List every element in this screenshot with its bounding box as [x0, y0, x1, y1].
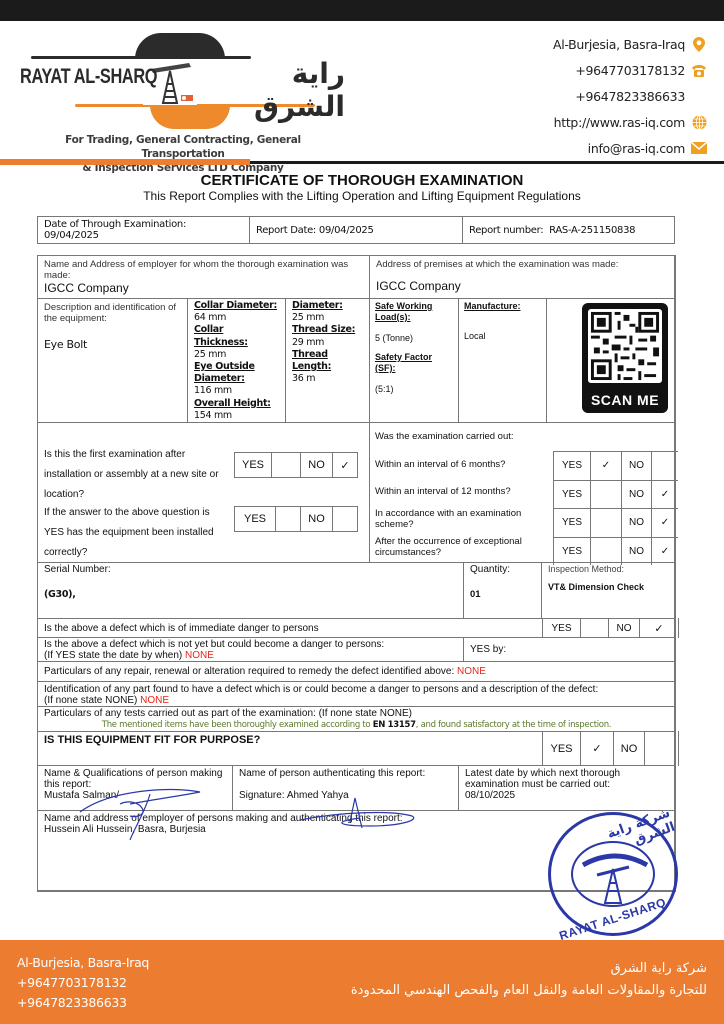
fit-for-purpose-row: IS THIS EQUIPMENT FIT FOR PURPOSE? YES ✓…: [37, 731, 676, 766]
yes-checkbox[interactable]: [591, 481, 622, 509]
collar-thickness-value: 25 mm: [194, 349, 279, 361]
interval-answer-row: YESNO✓: [554, 480, 678, 509]
tests-row: Particulars of any tests carried out as …: [37, 706, 676, 732]
inspection-method-value: VT& Dimension Check: [548, 582, 669, 592]
part-defect-value: NONE: [140, 695, 169, 706]
report-date-value: 09/04/2025: [319, 225, 374, 236]
future-danger-question: Is the above a defect which is not yet b…: [44, 639, 457, 650]
no-checkbox[interactable]: [652, 452, 678, 480]
equipment-label: Description and identification of the eq…: [44, 302, 181, 324]
equipment-value: Eye Bolt: [44, 338, 181, 351]
header-divider-dark: [250, 161, 724, 164]
signature-mustafa: [60, 782, 220, 842]
overall-height-label: Overall Height:: [194, 398, 279, 410]
next-exam-label: Latest date by which next thorough exami…: [465, 768, 669, 790]
tagline-line: For Trading, General Contracting, Genera…: [33, 133, 333, 161]
immediate-danger-row: Is the above a defect which is of immedi…: [37, 618, 676, 638]
letterhead: RAYAT AL-SHARQ راية الشرق For Trading, G…: [0, 21, 724, 161]
repair-question: Particulars of any repair, renewal or al…: [44, 666, 454, 677]
no-label: NO: [609, 618, 640, 638]
logo-text-en: RAYAT AL-SHARQ: [20, 65, 157, 89]
yes-label: YES: [235, 453, 272, 477]
tests-result: The mentioned items have been thoroughly…: [44, 720, 669, 731]
tests-question: Particulars of any tests carried out as …: [44, 708, 669, 719]
future-danger-cell: Is the above a defect which is not yet b…: [37, 637, 464, 662]
yes-checkbox[interactable]: [581, 618, 609, 638]
yes-checkbox[interactable]: [272, 453, 301, 477]
no-checkbox[interactable]: ✓: [652, 538, 678, 566]
exam-date-label: Date of Through Examination:: [44, 219, 186, 230]
company-logo: RAYAT AL-SHARQ راية الشرق For Trading, G…: [15, 29, 345, 129]
contact-phone-2[interactable]: +9647823386633: [553, 83, 707, 109]
yes-label: YES: [554, 481, 591, 509]
examination-interval-cell: Was the examination carried out: Within …: [369, 422, 676, 563]
no-label: NO: [622, 538, 652, 566]
location-pin-icon: [691, 36, 707, 52]
contact-list: Al-Burjesia, Basra-Iraq +9647703178132 +…: [553, 31, 707, 161]
interval-answer-grid: YES✓NOYESNO✓YESNO✓YESNO✓: [553, 451, 678, 565]
swl-cell: Safe Working Load(s): 5 (Tonne) Safety F…: [369, 298, 459, 423]
report-number-cell: Report number: RAS-A-251150838: [463, 217, 675, 244]
yes-checkbox[interactable]: ✓: [581, 731, 614, 766]
yes-checkbox[interactable]: [591, 509, 622, 537]
scheme-question: In accordance with an examination scheme…: [375, 508, 545, 530]
interval-answer-row: YESNO✓: [554, 508, 678, 537]
diameter-label: Diameter:: [292, 300, 363, 312]
no-label: NO: [614, 731, 645, 766]
qr-pattern-icon: [588, 309, 662, 383]
eye-outside-diameter-label: Eye Outside Diameter:: [194, 361, 279, 385]
authenticator-label: Name of person authenticating this repor…: [239, 768, 452, 779]
installation-questions-cell: Is this the first examination after inst…: [37, 422, 370, 563]
safety-factor-label: Safety Factor (SF):: [375, 352, 453, 374]
footer-company-desc-ar: للتجارة والمقاولات العامة والنقل العام و…: [351, 980, 707, 1002]
thread-size-label: Thread Size:: [292, 324, 363, 336]
collar-diameter-label: Collar Diameter:: [194, 300, 279, 312]
contact-website[interactable]: http://www.ras-iq.com: [553, 109, 707, 135]
part-defect-row: Identification of any part found to have…: [37, 681, 676, 707]
next-exam-cell: Latest date by which next thorough exami…: [458, 765, 676, 811]
footer-company-ar: شركة راية الشرق للتجارة والمقاولات العام…: [351, 958, 707, 1002]
yes-label: YES: [235, 507, 276, 531]
stamp-emblem: [571, 841, 655, 907]
immediate-danger-answer: YES NO ✓: [542, 618, 679, 638]
footer-address: Al-Burjesia, Basra-Iraq: [17, 953, 149, 973]
quantity-label: Quantity:: [470, 564, 535, 575]
footer-contacts: Al-Burjesia, Basra-Iraq +9647703178132 +…: [17, 953, 149, 1013]
first-exam-answer: YES NO ✓: [234, 452, 358, 478]
thread-size-value: 29 mm: [292, 337, 363, 349]
equipment-dimensions-2: Diameter: 25 mm Thread Size: 29 mm Threa…: [285, 298, 370, 423]
carried-out-label: Was the examination carried out:: [375, 431, 514, 442]
installed-correctly-answer: YES NO: [234, 506, 358, 532]
diameter-value: 25 mm: [292, 312, 363, 324]
interval-answer-row: YES✓NO: [554, 451, 678, 480]
logo-text-ar: راية الشرق: [215, 57, 345, 123]
no-label: NO: [301, 453, 333, 477]
footer-company-name-ar: شركة راية الشرق: [351, 958, 707, 980]
eye-outside-diameter-value: 116 mm: [194, 385, 279, 397]
no-label: NO: [622, 452, 652, 480]
repair-value: NONE: [457, 666, 486, 677]
next-exam-date: 08/10/2025: [465, 790, 669, 801]
quantity-value: 01: [470, 589, 535, 600]
no-label: NO: [301, 507, 333, 531]
repair-row: Particulars of any repair, renewal or al…: [37, 661, 676, 682]
thread-length-label: Thread Length:: [292, 349, 363, 373]
premises-value: IGCC Company: [376, 279, 669, 293]
oil-rig-icon: [573, 843, 657, 909]
contact-text[interactable]: info@ras-iq.com: [588, 141, 685, 156]
collar-diameter-value: 64 mm: [194, 312, 279, 324]
future-danger-value: NONE: [185, 650, 214, 661]
contact-text[interactable]: +9647703178132: [575, 63, 685, 78]
yes-label: YES: [554, 509, 591, 537]
employer-cell: Name and Address of employer for whom th…: [37, 255, 370, 299]
equipment-description-cell: Description and identification of the eq…: [37, 298, 188, 423]
yes-label: YES: [543, 731, 581, 766]
interval-6-question: Within an interval of 6 months?: [375, 459, 505, 470]
exceptional-question: After the occurrence of exceptional circ…: [375, 536, 545, 558]
interval-answer-row: YESNO✓: [554, 537, 678, 566]
exam-date-cell: Date of Through Examination: 09/04/2025: [38, 217, 250, 244]
report-number-value: RAS-A-251150838: [549, 225, 635, 236]
certificate-subtitle: This Report Complies with the Lifting Op…: [0, 189, 724, 203]
envelope-icon: [691, 140, 707, 156]
report-date-label: Report Date:: [256, 225, 316, 236]
part-defect-hint: (If none state NONE): [44, 695, 137, 706]
qr-code[interactable]: SCAN ME: [582, 303, 668, 413]
dates-bar: Date of Through Examination: 09/04/2025 …: [37, 216, 675, 244]
inspection-method-label: Inspection Method:: [548, 564, 669, 574]
header-divider-orange: [0, 159, 250, 165]
yes-checkbox[interactable]: [591, 538, 622, 566]
serial-cell: Serial Number: (G30),: [37, 562, 464, 619]
premises-label: Address of premises at which the examina…: [376, 259, 669, 270]
globe-icon: [691, 114, 707, 130]
tests-standard: EN 13157: [373, 720, 416, 730]
no-label: NO: [622, 481, 652, 509]
no-checkbox[interactable]: [333, 507, 357, 531]
contact-text[interactable]: +9647823386633: [575, 89, 685, 104]
signature-ahmed: [280, 790, 430, 835]
part-defect-question: Identification of any part found to have…: [44, 684, 669, 695]
swl-value: 5 (Tonne): [375, 333, 453, 344]
tests-result-text: , and found satisfactory at the time of …: [416, 720, 611, 730]
fit-for-purpose-question: IS THIS EQUIPMENT FIT FOR PURPOSE?: [44, 734, 260, 746]
yes-by-label: YES by:: [470, 644, 506, 655]
top-dark-bar: [0, 0, 724, 21]
footer-phone-1[interactable]: +9647703178132: [17, 973, 149, 993]
yes-checkbox[interactable]: [276, 507, 301, 531]
yes-label: YES: [543, 618, 581, 638]
thread-length-value: 36 m: [292, 373, 363, 385]
interval-12-question: Within an interval of 12 months?: [375, 486, 511, 497]
contact-text[interactable]: http://www.ras-iq.com: [554, 115, 685, 130]
first-exam-question: Is this the first examination after inst…: [44, 445, 229, 505]
quantity-cell: Quantity: 01: [463, 562, 542, 619]
future-danger-hint: (If YES state the date by when): [44, 650, 182, 661]
footer-phone-2[interactable]: +9647823386633: [17, 993, 149, 1013]
yes-label: YES: [554, 452, 591, 480]
no-checkbox[interactable]: ✓: [652, 481, 678, 509]
fit-for-purpose-answer: YES ✓ NO: [542, 731, 679, 766]
contact-address: Al-Burjesia, Basra-Iraq: [553, 31, 707, 57]
serial-label: Serial Number:: [44, 564, 457, 575]
qr-code-image: [588, 309, 662, 383]
contact-email[interactable]: info@ras-iq.com: [553, 135, 707, 161]
tests-result-text: The mentioned items have been thoroughly…: [102, 720, 371, 730]
premises-cell: Address of premises at which the examina…: [369, 255, 676, 299]
inspection-method-cell: Inspection Method: VT& Dimension Check: [541, 562, 676, 619]
phone-icon: [691, 62, 707, 78]
collar-thickness-label: Collar Thickness:: [194, 324, 279, 348]
no-checkbox[interactable]: ✓: [333, 453, 357, 477]
overall-height-value: 154 mm: [194, 410, 279, 422]
swl-label: Safe Working Load(s):: [375, 301, 453, 323]
immediate-danger-question: Is the above a defect which is of immedi…: [44, 623, 319, 634]
no-checkbox[interactable]: ✓: [652, 509, 678, 537]
qr-scan-label: SCAN ME: [582, 392, 668, 408]
safety-factor-value: (5:1): [375, 384, 453, 395]
serial-value: (G30),: [44, 589, 457, 600]
manufacture-cell: Manufacture: Local: [458, 298, 547, 423]
yes-by-cell: YES by:: [463, 637, 676, 662]
footer: Al-Burjesia, Basra-Iraq +9647703178132 +…: [0, 940, 724, 1024]
yes-label: YES: [554, 538, 591, 566]
installed-correctly-question: If the answer to the above question is Y…: [44, 503, 229, 563]
certificate-title: CERTIFICATE OF THOROUGH EXAMINATION: [0, 172, 724, 189]
report-date-cell: Report Date: 09/04/2025: [250, 217, 463, 244]
employer-value: IGCC Company: [44, 281, 363, 295]
manufacture-label: Manufacture:: [464, 301, 541, 311]
contact-phone-1[interactable]: +9647703178132: [553, 57, 707, 83]
manufacture-value: Local: [464, 331, 541, 341]
no-checkbox[interactable]: [645, 731, 678, 766]
yes-checkbox[interactable]: ✓: [591, 452, 622, 480]
company-stamp: شركة راية الشرق RAYAT AL-SHARQ Co.: [548, 812, 678, 936]
exam-date-value: 09/04/2025: [44, 230, 99, 241]
no-checkbox[interactable]: ✓: [640, 618, 678, 638]
report-number-label: Report number:: [469, 225, 543, 236]
company-tagline: For Trading, General Contracting, Genera…: [33, 133, 333, 175]
employer-label: Name and Address of employer for whom th…: [44, 259, 363, 281]
contact-text: Al-Burjesia, Basra-Iraq: [553, 37, 685, 52]
equipment-dimensions-1: Collar Diameter: 64 mm Collar Thickness:…: [187, 298, 286, 423]
no-label: NO: [622, 509, 652, 537]
